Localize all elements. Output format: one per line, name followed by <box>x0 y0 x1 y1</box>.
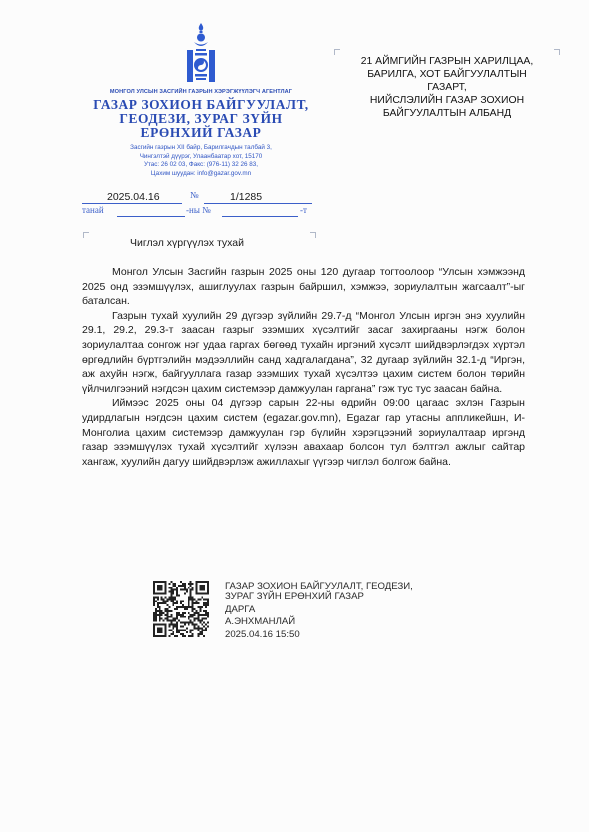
registration-row: 2025.04.16 № 1/1285 <box>82 192 322 204</box>
addressee-line: БАРИЛГА, ХОТ БАЙГУУЛАЛТЫН <box>334 68 560 81</box>
subject-corner-mark <box>83 232 89 238</box>
address-line: Засгийн газрын XII байр, Барилгачдын тал… <box>82 144 320 153</box>
signer-position: ДАРГА <box>225 605 413 615</box>
agency-name-line: ГАЗАР ЗОХИОН БАЙГУУЛАЛТ, <box>82 98 320 112</box>
t-label: -т <box>300 205 307 215</box>
agency-name-line: ГЕОДЕЗИ, ЗУРАГ ЗҮЙН <box>82 112 320 126</box>
addressee-block: 21 АЙМГИЙН ГАЗРЫН ХАРИЛЦАА, БАРИЛГА, ХОТ… <box>334 55 560 120</box>
number-label: № <box>190 190 199 200</box>
body-paragraph: Иймээс 2025 оны 04 дүгээр сарын 22-ны өд… <box>82 396 525 469</box>
agency-name: ГАЗАР ЗОХИОН БАЙГУУЛАЛТ, ГЕОДЕЗИ, ЗУРАГ … <box>82 98 320 140</box>
agency-address: Засгийн газрын XII байр, Барилгачдын тал… <box>82 144 320 178</box>
signer-org-line: ЗУРАГ ЗҮЙН ЕРӨНХИЙ ГАЗАР <box>225 592 413 602</box>
addressee-line: ГАЗАРТ, <box>334 81 560 94</box>
signature-block: ГАЗАР ЗОХИОН БАЙГУУЛАЛТ, ГЕОДЕЗИ, ЗУРАГ … <box>225 582 413 640</box>
ny-number-label: -ны № <box>186 205 211 215</box>
body-paragraph: Газрын тухай хуулийн 29 дүгээр зүйлийн 2… <box>82 309 525 397</box>
letter-page: МОНГОЛ УЛСЫН ЗАСГИЙН ГАЗРЫН ХЭРЭГЖҮҮЛЭГЧ… <box>0 0 589 832</box>
signed-timestamp: 2025.04.16 15:50 <box>225 630 413 640</box>
registration-date: 2025.04.16 <box>107 191 160 203</box>
registration-number: 1/1285 <box>230 191 262 203</box>
signer-name: А.ЭНХМАНЛАЙ <box>225 617 413 627</box>
body-paragraph: Монгол Улсын Засгийн газрын 2025 оны 120… <box>82 265 525 309</box>
subject-corner-mark <box>310 232 316 238</box>
reference-row: танай -ны № -т <box>82 205 322 217</box>
your-number-line <box>222 205 298 217</box>
address-line: Цахим шуудан: info@gazar.gov.mn <box>82 170 320 179</box>
soyombo-emblem-icon <box>182 22 220 84</box>
agency-name-line: ЕРӨНХИЙ ГАЗАР <box>82 126 320 140</box>
letter-body: Монгол Улсын Засгийн газрын 2025 оны 120… <box>82 265 525 469</box>
addressee-line: БАЙГУУЛАЛТЫН АЛБАНД <box>334 107 560 120</box>
your-label: танай <box>82 205 104 215</box>
address-line: Чингэлтэй дүүрэг, Улаанбаатар хот, 15170 <box>82 153 320 162</box>
addressee-line: НИЙСЛЭЛИЙН ГАЗАР ЗОХИОН <box>334 94 560 107</box>
agency-parent-label: МОНГОЛ УЛСЫН ЗАСГИЙН ГАЗРЫН ХЭРЭГЖҮҮЛЭГЧ… <box>82 89 320 95</box>
your-date-line <box>117 205 185 217</box>
addressee-line: 21 АЙМГИЙН ГАЗРЫН ХАРИЛЦАА, <box>334 55 560 68</box>
address-line: Утас: 26 02 03, Факс: (976-11) 32 26 83, <box>82 161 320 170</box>
subject-line: Чиглэл хүргүүлэх тухай <box>130 237 244 249</box>
qr-code-icon <box>153 581 209 637</box>
